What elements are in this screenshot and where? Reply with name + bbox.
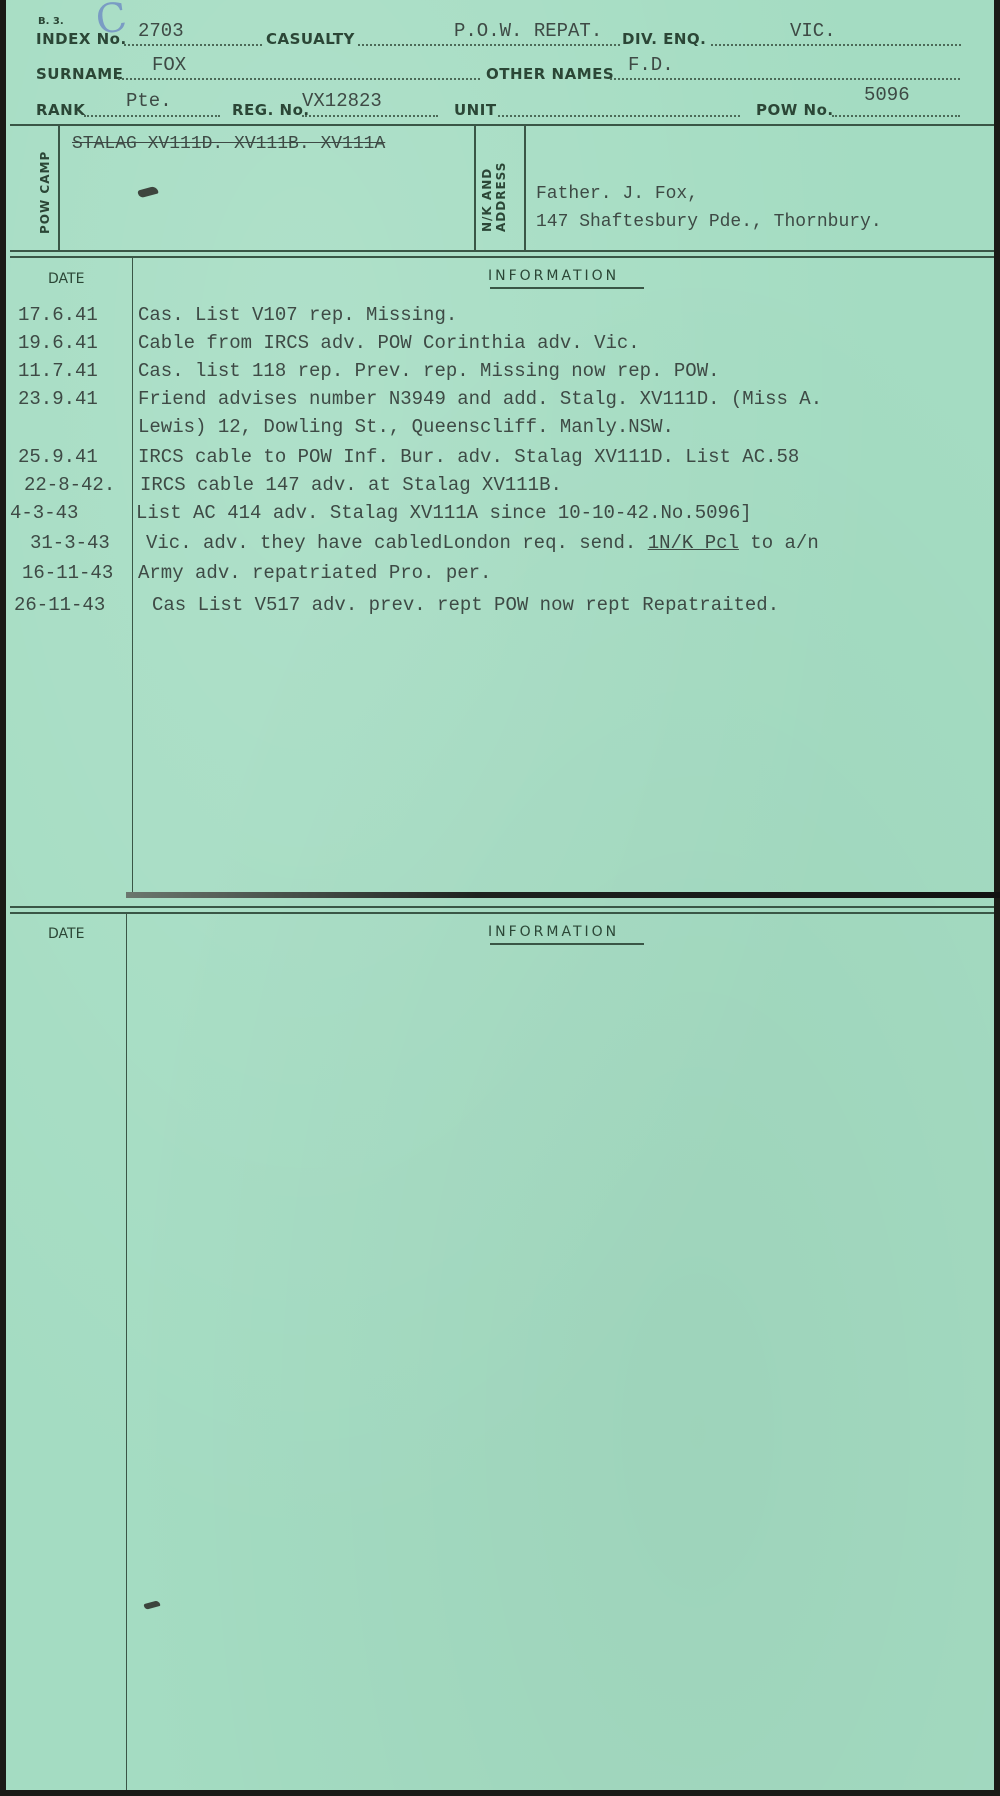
entry-date: 4-3-43 — [10, 502, 78, 524]
entry-date: 16-11-43 — [22, 562, 113, 584]
surname-label: SURNAME — [36, 65, 123, 83]
entry-info-continued: Lewis) 12, Dowling St., Queenscliff. Man… — [138, 416, 674, 438]
nk-left-divider — [474, 126, 476, 252]
unit-label: UNIT — [454, 101, 497, 119]
entry-info: Cas List V517 adv. prev. rept POW now re… — [152, 594, 779, 616]
entry-date: 23.9.41 — [18, 388, 98, 410]
entry-info: IRCS cable to POW Inf. Bur. adv. Stalag … — [138, 446, 799, 468]
entry-info: Vic. adv. they have cabledLondon req. se… — [146, 532, 819, 554]
pow-no-dots — [832, 115, 960, 117]
div-enq-value: VIC. — [790, 20, 836, 42]
entry-info: Army adv. repatriated Pro. per. — [138, 562, 491, 584]
entry-info: Cas. list 118 rep. Prev. rep. Missing no… — [138, 360, 720, 382]
reg-no-value: VX12823 — [302, 90, 382, 112]
reg-no-dots — [302, 115, 438, 117]
entry-info: Cas. List V107 rep. Missing. — [138, 304, 457, 326]
pow-camp-divider — [58, 126, 60, 252]
section2-divider-top — [10, 906, 994, 908]
rank-value: Pte. — [126, 90, 172, 112]
entry-date: 31-3-43 — [30, 532, 110, 554]
entry-date: 26-11-43 — [14, 594, 105, 616]
nk-address-line2: 147 Shaftesbury Pde., Thornbury. — [536, 212, 882, 232]
section1-info-header: INFORMATION — [488, 268, 619, 284]
unit-dots — [498, 115, 740, 117]
card-edge-shadow — [126, 892, 1000, 898]
header-divider — [10, 124, 994, 126]
section2-divider-bottom — [10, 912, 994, 914]
ink-blot — [137, 186, 158, 199]
nk-address-line1: Father. J. Fox, — [536, 184, 698, 204]
surname-value: FOX — [152, 54, 186, 76]
section2-info-header: INFORMATION — [488, 924, 619, 940]
other-names-value: F.D. — [628, 54, 674, 76]
entry-info: Friend advises number N3949 and add. Sta… — [138, 388, 822, 410]
entry-date: 17.6.41 — [18, 304, 98, 326]
rank-label: RANK — [36, 101, 85, 119]
index-no-dots — [124, 44, 262, 46]
reg-no-label: REG. No. — [232, 101, 310, 119]
surname-dots — [118, 78, 480, 80]
section-divider-top — [10, 250, 994, 252]
section1-info-underline — [490, 287, 644, 289]
nk-right-divider — [524, 126, 526, 252]
section1-date-header: DATE — [48, 271, 84, 287]
entry-date: 25.9.41 — [18, 446, 98, 468]
pow-camp-value: STALAG XV111D. XV111B. XV111A — [72, 134, 385, 154]
casualty-value: P.O.W. REPAT. — [454, 20, 602, 42]
section-divider-bottom — [10, 256, 994, 258]
entry-date: 19.6.41 — [18, 332, 98, 354]
entry-info: List AC 414 adv. Stalag XV111A since 10-… — [136, 502, 752, 524]
section2-info-underline — [490, 943, 644, 945]
entry-info: Cable from IRCS adv. POW Corinthia adv. … — [138, 332, 640, 354]
rank-dots — [84, 115, 220, 117]
pow-camp-label: POW CAMP — [38, 151, 52, 234]
index-no-value: 2703 — [138, 20, 184, 42]
entry-date: 22-8-42. — [24, 474, 115, 496]
section1-column-divider — [132, 258, 133, 892]
other-names-dots — [610, 78, 960, 80]
casualty-dots — [358, 44, 620, 46]
section2-column-divider — [126, 914, 127, 1790]
section2-date-header: DATE — [48, 926, 84, 942]
entry-info: IRCS cable 147 adv. at Stalag XV111B. — [140, 474, 562, 496]
pow-no-value: 5096 — [864, 84, 910, 106]
nk-label-line1: N/K AND — [480, 168, 494, 232]
other-names-label: OTHER NAMES — [486, 65, 614, 83]
div-enq-dots — [711, 44, 961, 46]
entry-date: 11.7.41 — [18, 360, 98, 382]
form-code: B. 3. — [38, 16, 64, 27]
index-card: B. 3. C INDEX No. 2703 CASUALTY P.O.W. R… — [6, 0, 994, 1790]
index-no-label: INDEX No. — [36, 30, 127, 48]
casualty-label: CASUALTY — [266, 30, 355, 48]
div-enq-label: DIV. ENQ. — [622, 30, 706, 48]
entry-info-underlined: 1N/K Pcl — [648, 532, 739, 554]
nk-label-line2: ADDRESS — [494, 162, 508, 232]
pow-no-label: POW No. — [756, 101, 834, 119]
ink-mark — [143, 1600, 160, 1610]
